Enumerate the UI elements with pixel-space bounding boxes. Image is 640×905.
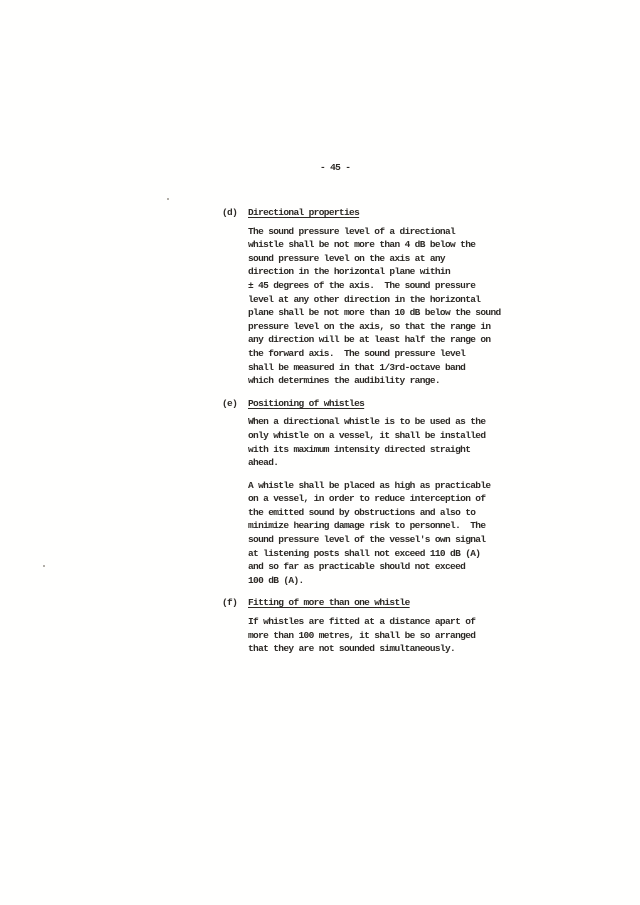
scan-speck	[43, 565, 45, 567]
text-line: sound pressure level of the vessel's own…	[248, 533, 532, 547]
section-head: (e) Positioning of whistles	[222, 397, 532, 411]
text-line: and so far as practicable should not exc…	[248, 560, 532, 574]
text-line: more than 100 metres, it shall be so arr…	[248, 629, 532, 643]
text-line: pressure level on the axis, so that the …	[248, 320, 532, 334]
text-line: plane shall be not more than 10 dB below…	[248, 306, 532, 320]
text-line: on a vessel, in order to reduce intercep…	[248, 492, 532, 506]
text-line: level at any other direction in the hori…	[248, 293, 532, 307]
paragraph: When a directional whistle is to be used…	[248, 415, 532, 469]
text-line: shall be measured in that 1/3rd-octave b…	[248, 361, 532, 375]
section: (d) Directional properties The sound pre…	[222, 206, 532, 388]
text-line: 100 dB (A).	[248, 574, 532, 588]
section-label: (f)	[222, 596, 248, 610]
section-heading: Fitting of more than one whistle	[248, 596, 410, 610]
scan-speck	[167, 198, 169, 200]
paragraph: If whistles are fitted at a distance apa…	[248, 615, 532, 656]
section: (e) Positioning of whistles When a direc…	[222, 397, 532, 588]
text-line: A whistle shall be placed as high as pra…	[248, 479, 532, 493]
text-line: with its maximum intensity directed stra…	[248, 443, 532, 457]
text-line: which determines the audibility range.	[248, 374, 532, 388]
text-line: minimize hearing damage risk to personne…	[248, 519, 532, 533]
text-line: that they are not sounded simultaneously…	[248, 642, 532, 656]
text-line: the emitted sound by obstructions and al…	[248, 506, 532, 520]
section-label: (e)	[222, 397, 248, 411]
text-line: sound pressure level on the axis at any	[248, 252, 532, 266]
document-page: - 45 - (d) Directional properties The so…	[0, 0, 640, 905]
text-line: only whistle on a vessel, it shall be in…	[248, 429, 532, 443]
page-number: - 45 -	[320, 161, 350, 175]
section-heading: Positioning of whistles	[248, 397, 364, 411]
text-line: direction in the horizontal plane within	[248, 265, 532, 279]
paragraph: A whistle shall be placed as high as pra…	[248, 479, 532, 588]
text-line: ahead.	[248, 456, 532, 470]
text-line: any direction will be at least half the …	[248, 333, 532, 347]
section-paragraphs: If whistles are fitted at a distance apa…	[248, 615, 532, 656]
section-heading: Directional properties	[248, 206, 359, 220]
section-head: (f) Fitting of more than one whistle	[222, 596, 532, 610]
paragraph: The sound pressure level of a directiona…	[248, 225, 532, 388]
section-head: (d) Directional properties	[222, 206, 532, 220]
text-line: the forward axis. The sound pressure lev…	[248, 347, 532, 361]
sections-container: (d) Directional properties The sound pre…	[222, 206, 532, 665]
text-line: at listening posts shall not exceed 110 …	[248, 547, 532, 561]
section-paragraphs: When a directional whistle is to be used…	[248, 415, 532, 587]
text-line: ± 45 degrees of the axis. The sound pres…	[248, 279, 532, 293]
text-line: If whistles are fitted at a distance apa…	[248, 615, 532, 629]
section-paragraphs: The sound pressure level of a directiona…	[248, 225, 532, 388]
section-label: (d)	[222, 206, 248, 220]
text-line: whistle shall be not more than 4 dB belo…	[248, 238, 532, 252]
text-line: The sound pressure level of a directiona…	[248, 225, 532, 239]
text-line: When a directional whistle is to be used…	[248, 415, 532, 429]
section: (f) Fitting of more than one whistle If …	[222, 596, 532, 655]
